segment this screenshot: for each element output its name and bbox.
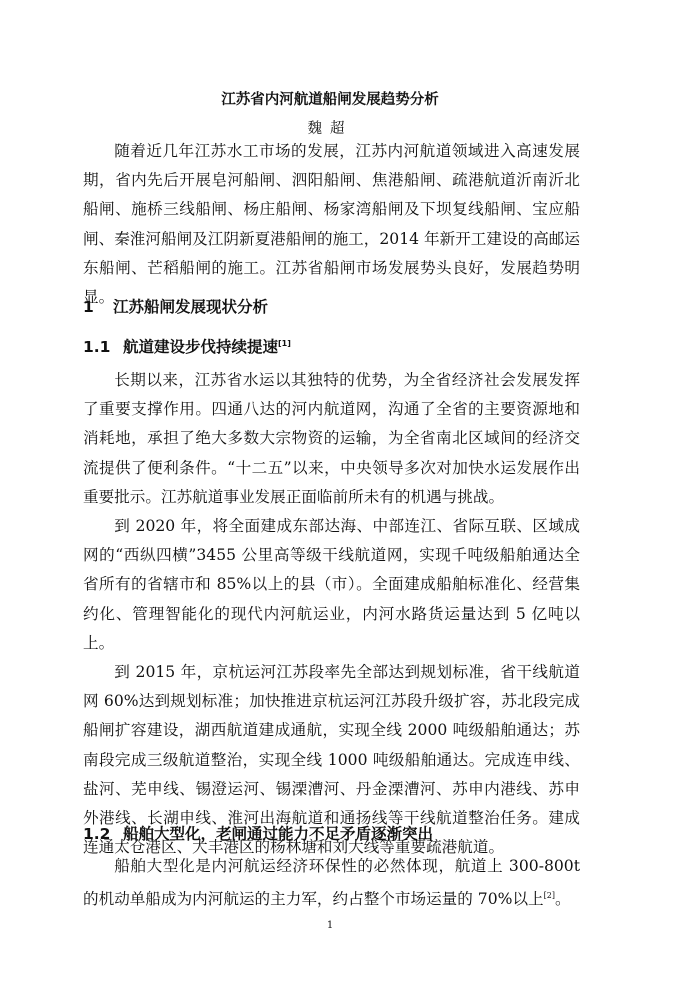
section-number: 1.1 <box>83 338 123 356</box>
section-title: 船舶大型化，老闸通过能力不足矛盾逐渐突出 <box>123 825 433 843</box>
body-paragraph: 长期以来，江苏省水运以其独特的优势，为全省经济社会发展发挥了重要支撑作用。四通八… <box>83 366 580 512</box>
section-1-heading: 1江苏船闸发展现状分析 <box>83 295 268 317</box>
document-title: 江苏省内河航道船闸发展趋势分析 <box>0 88 660 109</box>
section-1-2-body: 船舶大型化是内河航运经济环保性的必然体现，航道上 300-800t 的机动单船成… <box>83 852 580 914</box>
section-number: 1 <box>83 298 113 316</box>
section-1-2-heading: 1.2船舶大型化，老闸通过能力不足矛盾逐渐突出 <box>83 822 433 844</box>
section-1-1-heading: 1.1航道建设步伐持续提速[1] <box>83 335 291 357</box>
paragraph-text: 船舶大型化是内河航运经济环保性的必然体现，航道上 300-800t 的机动单船成… <box>83 857 580 908</box>
section-title: 航道建设步伐持续提速 <box>123 338 278 356</box>
paragraph-end: 。 <box>555 890 571 908</box>
document-page: 江苏省内河航道船闸发展趋势分析 魏超 随着近几年江苏水工市场的发展，江苏内河航道… <box>0 0 680 1001</box>
body-paragraph: 到 2020 年，将全面建成东部达海、中部连江、省际互联、区域成网的“西纵四横”… <box>83 512 580 658</box>
section-number: 1.2 <box>83 825 123 843</box>
citation-ref[interactable]: [1] <box>278 339 291 348</box>
page-number: 1 <box>0 920 660 931</box>
intro-section: 随着近几年江苏水工市场的发展，江苏内河航道领域进入高速发展期，省内先后开展皂河船… <box>83 137 580 312</box>
section-1-1-body: 长期以来，江苏省水运以其独特的优势，为全省经济社会发展发挥了重要支撑作用。四通八… <box>83 366 580 862</box>
document-author: 魏超 <box>0 117 660 138</box>
citation-ref[interactable]: [2] <box>544 891 555 900</box>
section-title: 江苏船闸发展现状分析 <box>113 298 268 316</box>
intro-paragraph: 随着近几年江苏水工市场的发展，江苏内河航道领域进入高速发展期，省内先后开展皂河船… <box>83 137 580 312</box>
body-paragraph: 船舶大型化是内河航运经济环保性的必然体现，航道上 300-800t 的机动单船成… <box>83 852 580 914</box>
